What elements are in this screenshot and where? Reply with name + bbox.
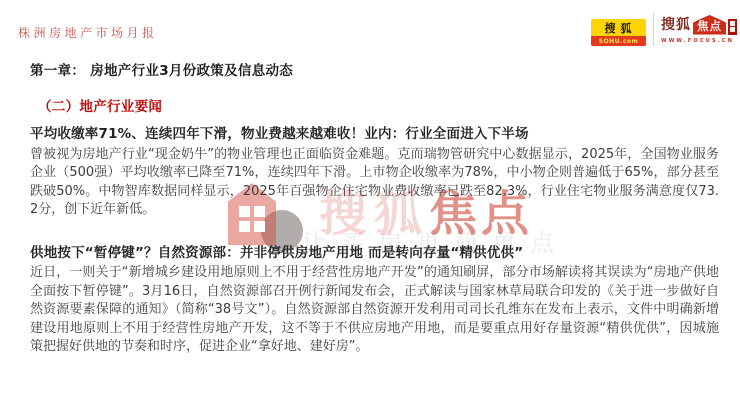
sohu-focus-logo: 搜狐 焦点 WWW.FOCUS.CN	[661, 15, 737, 44]
sohu-focus-logo-domain: WWW.FOCUS.CN	[661, 38, 737, 44]
seal-icon	[728, 19, 737, 35]
logo-area: 搜狐 SOHU.com 搜狐 焦点 WWW.FOCUS.CN	[591, 12, 737, 46]
article-body: 曾被视为房地产行业“现金奶牛”的物业管理也正面临资金难题。克而瑞物管研究中心数据…	[30, 146, 719, 220]
article-headline: 平均收缴率71%、连续四年下滑，物业费越来越难收！业内：行业全面进入下半场	[30, 125, 719, 144]
sohu-logo-chars: 搜狐	[591, 19, 646, 36]
sohu-logo: 搜狐 SOHU.com	[591, 19, 646, 46]
section-title: （二）地产行业要闻	[30, 95, 719, 115]
sohu-focus-logo-row: 搜狐 焦点	[661, 15, 737, 35]
sohu-logo-domain: SOHU.com	[591, 36, 646, 46]
logo-divider	[653, 12, 654, 46]
article: 平均收缴率71%、连续四年下滑，物业费越来越难收！业内：行业全面进入下半场 曾被…	[30, 125, 719, 220]
report-title: 株洲房地产市场月报	[18, 24, 158, 41]
chapter-title: 第一章： 房地产行业3月份政策及信息动态	[30, 59, 719, 79]
sohu-focus-logo-prefix: 搜狐	[661, 15, 691, 35]
report-content: 第一章： 房地产行业3月份政策及信息动态 （二）地产行业要闻 平均收缴率71%、…	[30, 59, 719, 357]
house-icon: 焦点	[693, 15, 726, 35]
article: 供地按下“暂停键”？自然资源部：并非停供房地产用地 而是转向存量“精供优供” 近…	[30, 244, 719, 357]
report-page: 株洲房地产市场月报 搜狐 SOHU.com 搜狐 焦点 WWW.FOCUS.CN…	[0, 0, 740, 416]
article-body: 近日，一则关于“新增城乡建设用地原则上不用于经营性房地产开发”的通知刷屏，部分市…	[30, 264, 719, 357]
article-headline: 供地按下“暂停键”？自然资源部：并非停供房地产用地 而是转向存量“精供优供”	[30, 244, 719, 263]
